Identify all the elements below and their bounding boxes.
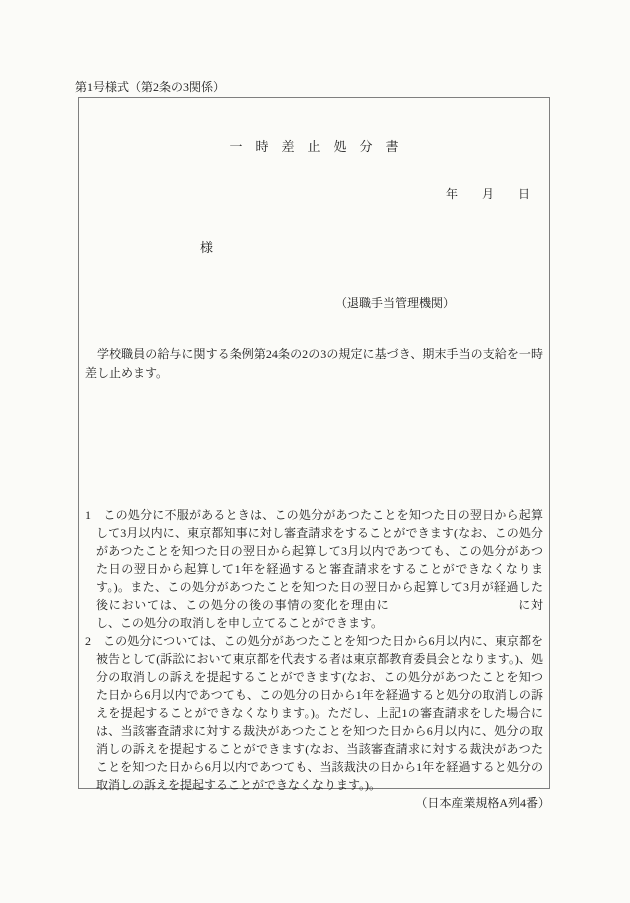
paper-size-note: （日本産業規格A列4番） bbox=[415, 796, 550, 811]
form-number-label: 第1号様式（第2条の3関係） bbox=[75, 80, 225, 95]
note-item-2: 2 この処分については、この処分があつたことを知つた日から6月以内に、東京都を被… bbox=[96, 632, 543, 794]
document-frame: 一 時 差 止 処 分 書 年 月 日 様 （退職手当管理機関） 学校職員の給与… bbox=[78, 97, 550, 789]
date-line: 年 月 日 bbox=[446, 187, 530, 202]
fill-in-blank bbox=[389, 608, 517, 609]
note-1-text-before-blank: 1 この処分に不服があるときは、この処分があつたことを知つた日の翌日から起算して… bbox=[85, 508, 543, 612]
note-item-1: 1 この処分に不服があるときは、この処分があつたことを知つた日の翌日から起算して… bbox=[96, 506, 543, 632]
appeal-notes: 1 この処分に不服があるときは、この処分があつたことを知つた日の翌日から起算して… bbox=[85, 506, 543, 794]
document-page: 第1号様式（第2条の3関係） 一 時 差 止 処 分 書 年 月 日 様 （退職… bbox=[0, 0, 630, 903]
document-title: 一 時 差 止 処 分 書 bbox=[79, 139, 549, 155]
issuing-authority: （退職手当管理機関） bbox=[335, 296, 455, 311]
body-paragraph: 学校職員の給与に関する条例第24条の2の3の規定に基づき、期末手当の支給を一時差… bbox=[85, 345, 543, 383]
addressee-honorific: 様 bbox=[200, 240, 213, 256]
